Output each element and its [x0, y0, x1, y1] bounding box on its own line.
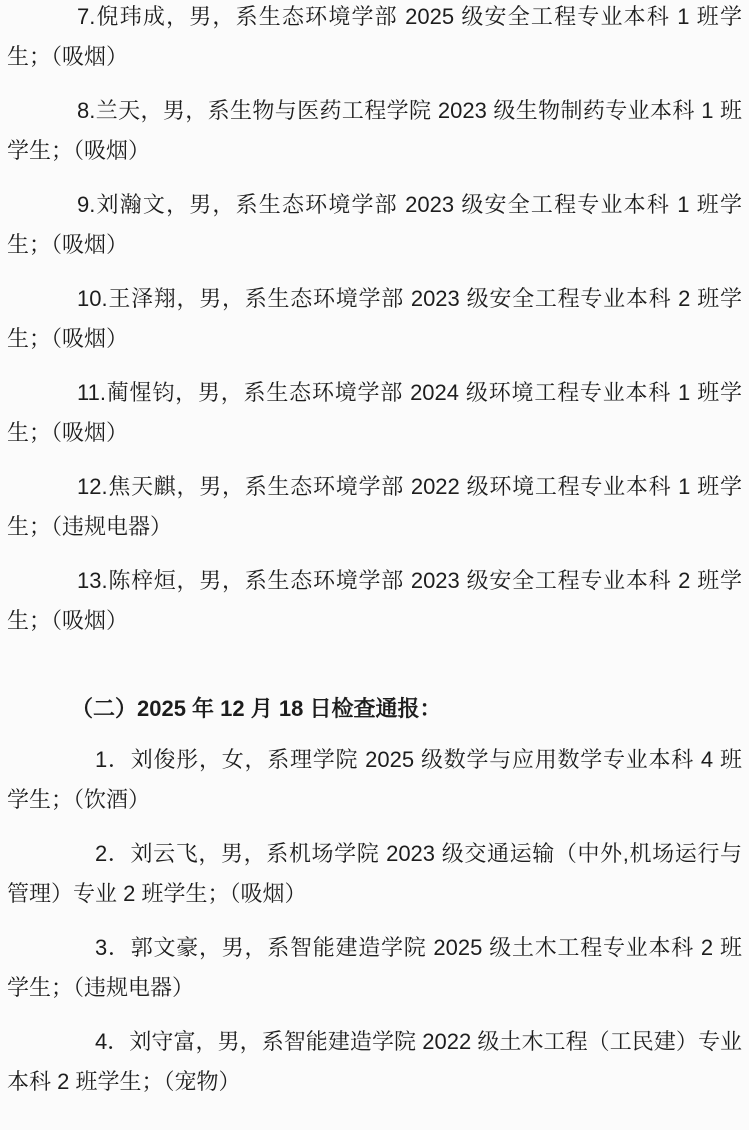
- violation-entry-10: 10.王泽翔，男，系生态环境学部 2023 级安全工程专业本科 2 班学生；（吸…: [7, 279, 742, 359]
- violation-entry-s2-1: 1．刘俊彤，女，系理学院 2025 级数学与应用数学专业本科 4 班学生；（饮酒…: [7, 740, 742, 820]
- violation-entry-7: 7.倪玮成，男，系生态环境学部 2025 级安全工程专业本科 1 班学生；（吸烟…: [7, 0, 742, 77]
- document-page: 7.倪玮成，男，系生态环境学部 2025 级安全工程专业本科 1 班学生；（吸烟…: [0, 0, 749, 1130]
- violation-entry-9: 9.刘瀚文，男，系生态环境学部 2023 级安全工程专业本科 1 班学生；（吸烟…: [7, 185, 742, 265]
- violation-entry-11: 11.蔺惺钧，男，系生态环境学部 2024 级环境工程专业本科 1 班学生；（吸…: [7, 373, 742, 453]
- violation-entry-12: 12.焦天麒，男，系生态环境学部 2022 级环境工程专业本科 1 班学生；（违…: [7, 467, 742, 547]
- violation-entry-s2-4: 4．刘守富，男，系智能建造学院 2022 级土木工程（工民建）专业本科 2 班学…: [7, 1022, 742, 1102]
- report-body: 7.倪玮成，男，系生态环境学部 2025 级安全工程专业本科 1 班学生；（吸烟…: [0, 0, 749, 1102]
- violation-entry-13: 13.陈梓烜，男，系生态环境学部 2023 级安全工程专业本科 2 班学生；（吸…: [7, 561, 742, 641]
- violation-entry-s2-2: 2．刘云飞，男，系机场学院 2023 级交通运输（中外,机场运行与管理）专业 2…: [7, 834, 742, 914]
- violation-entry-s2-3: 3．郭文豪，男，系智能建造学院 2025 级土木工程专业本科 2 班学生；（违规…: [7, 928, 742, 1008]
- violation-entry-8: 8.兰天，男，系生物与医药工程学院 2023 级生物制药专业本科 1 班学生；（…: [7, 91, 742, 171]
- section-2-heading: （二）2025 年 12 月 18 日检查通报：: [7, 689, 742, 729]
